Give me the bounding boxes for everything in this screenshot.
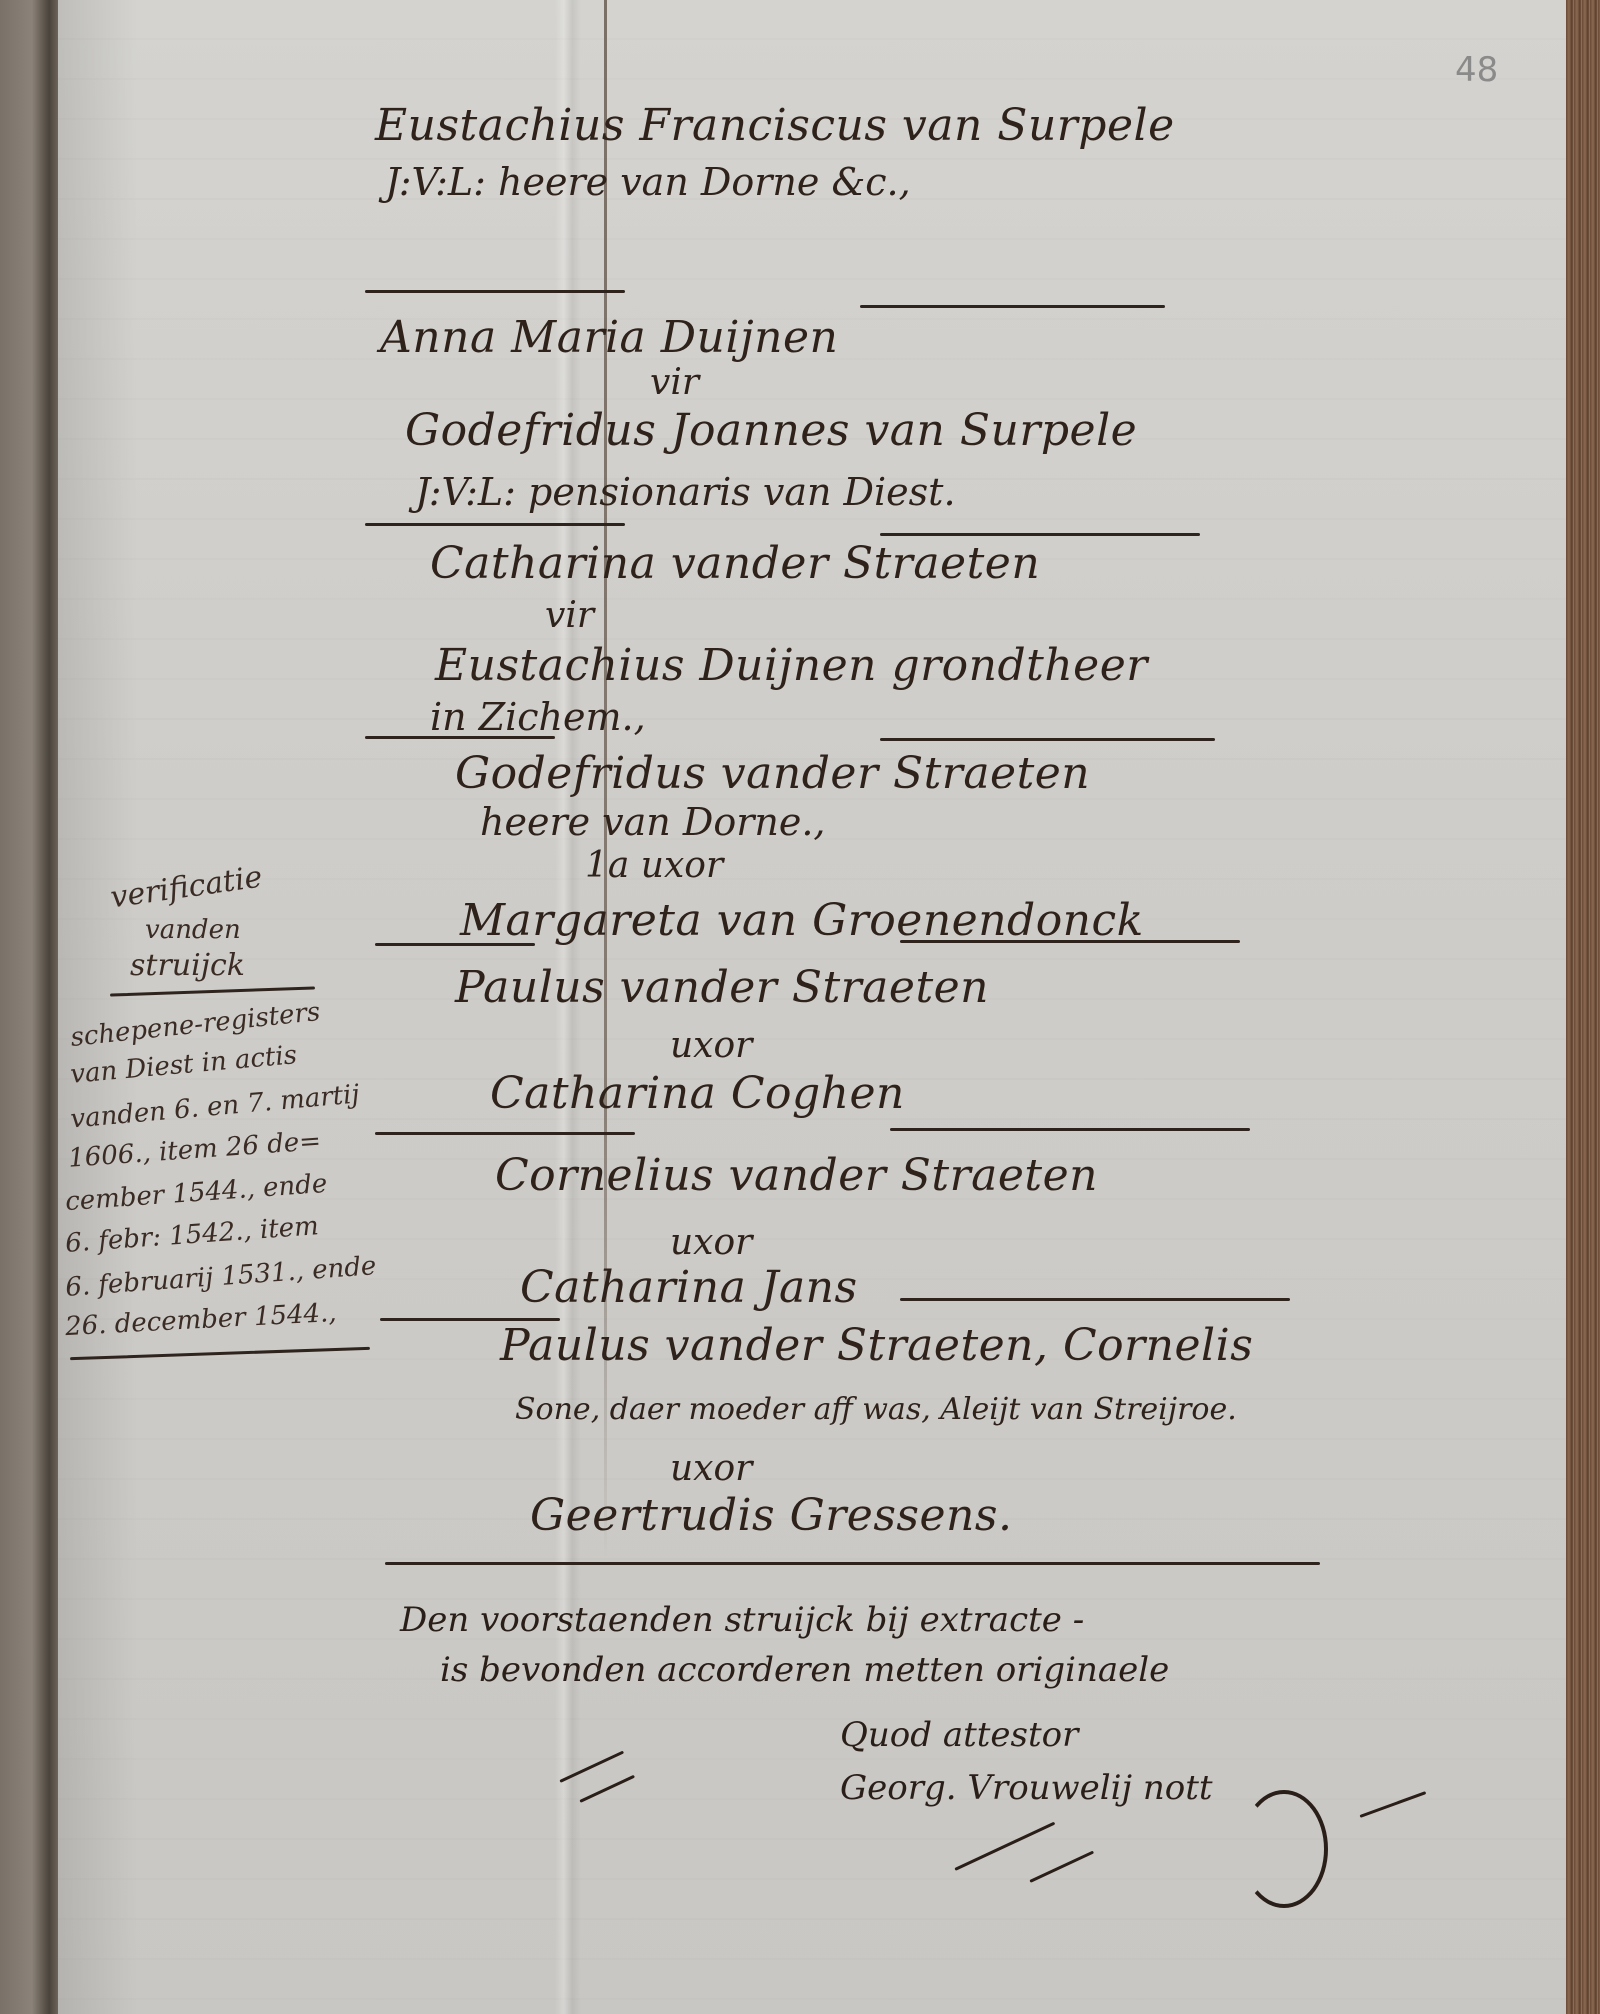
divider-rule	[860, 305, 1165, 308]
divider-rule	[365, 523, 625, 526]
divider-rule	[375, 1132, 635, 1135]
entry-0-name: Eustachius Franciscus van Surpele	[375, 100, 1175, 151]
entry-2-connector: vir	[545, 595, 594, 636]
signature-flourish	[1240, 1790, 1328, 1908]
entry-1-spouse-title: J:V:L: pensionaris van Diest.	[415, 470, 956, 514]
page-edges-right	[1566, 0, 1600, 2014]
entry-2-spouse-title: in Zichem.,	[430, 695, 646, 739]
entry-6-title: Sone, daer moeder aff was, Aleijt van St…	[515, 1392, 1237, 1427]
entry-2-name: Catharina vander Straeten	[430, 538, 1040, 589]
divider-rule	[900, 940, 1240, 943]
entry-1-connector: vir	[650, 362, 699, 403]
margin-heading-line: struijck	[130, 948, 245, 983]
entry-3-name: Godefridus vander Straeten	[455, 748, 1090, 799]
entry-4-spouse: Catharina Coghen	[490, 1068, 905, 1119]
divider-rule	[365, 736, 555, 739]
entry-4-connector: uxor	[670, 1025, 752, 1066]
entry-1-name: Anna Maria Duijnen	[380, 312, 838, 363]
signature: Georg. Vrouwelij nott	[840, 1768, 1213, 1808]
certification-line: Quod attestor	[840, 1715, 1078, 1755]
entry-0-title: J:V:L: heere van Dorne &c.,	[385, 160, 911, 204]
divider-rule	[890, 1128, 1250, 1131]
entry-6-name: Paulus vander Straeten, Cornelis	[500, 1320, 1253, 1371]
certification-line: is bevonden accorderen metten originaele	[440, 1650, 1169, 1690]
divider-rule	[365, 290, 625, 293]
divider-rule	[375, 943, 535, 946]
entry-5-connector: uxor	[670, 1222, 752, 1263]
divider-rule	[880, 533, 1200, 536]
entry-3-spouse: Margareta van Groenendonck	[460, 895, 1144, 946]
entry-5-name: Cornelius vander Straeten	[495, 1150, 1098, 1201]
divider-rule	[900, 1298, 1290, 1301]
certification-line: Den voorstaenden struijck bij extracte -	[400, 1600, 1084, 1640]
book-binding-left	[0, 0, 58, 2014]
divider-rule	[880, 738, 1215, 741]
entry-6-spouse: Geertrudis Gressens.	[530, 1490, 1012, 1541]
entry-3-title: heere van Dorne.,	[480, 800, 826, 844]
entry-4-name: Paulus vander Straeten	[455, 962, 989, 1013]
divider-rule	[385, 1562, 1320, 1565]
folio-number: 48	[1455, 50, 1498, 90]
entry-1-spouse: Godefridus Joannes van Surpele	[405, 405, 1137, 456]
entry-2-spouse: Eustachius Duijnen grondtheer	[435, 640, 1148, 691]
entry-5-spouse: Catharina Jans	[520, 1262, 858, 1313]
entry-6-connector: uxor	[670, 1448, 752, 1489]
margin-heading-line: vanden	[145, 915, 241, 945]
entry-3-connector: 1a uxor	[585, 845, 723, 886]
